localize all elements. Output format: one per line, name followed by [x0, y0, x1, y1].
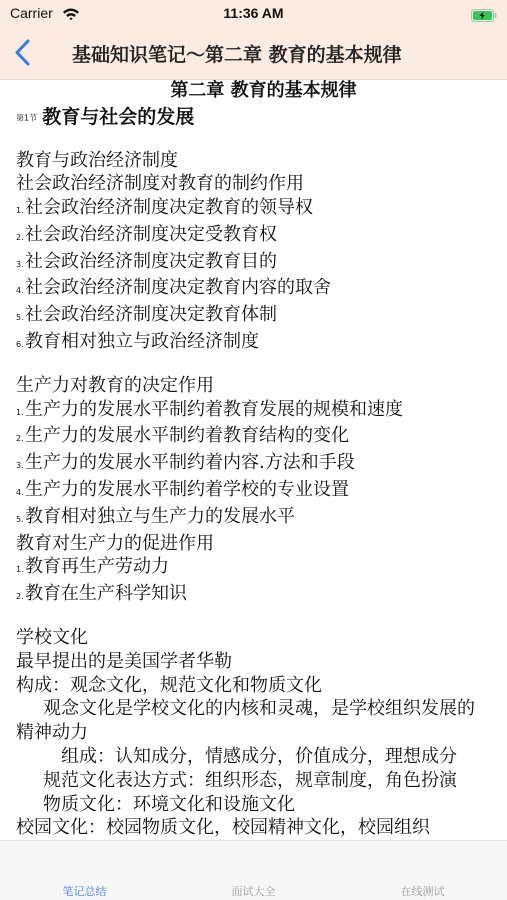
- tab-notes-summary[interactable]: 笔记总结: [0, 883, 169, 899]
- chevron-left-icon: [12, 38, 36, 68]
- tab-online-test[interactable]: 在线测试: [338, 883, 507, 899]
- back-button[interactable]: [12, 38, 36, 68]
- tab-interview[interactable]: 面试大全: [169, 883, 338, 899]
- section-heading: 第1节 教育与社会的发展: [16, 104, 491, 132]
- notes-content[interactable]: 第二章 教育的基本规律 第1节 教育与社会的发展 教育与政治经济制度 社会政治经…: [0, 80, 507, 840]
- paragraph: 物质文化：环境文化和设施文化: [16, 793, 491, 817]
- heading-school-culture: 学校文化: [16, 626, 491, 650]
- status-bar: Carrier 11:36 AM: [0, 0, 507, 28]
- paragraph: 组成：认知成分，情感成分，价值成分，理想成分: [16, 745, 491, 769]
- heading-politics: 教育与政治经济制度: [16, 149, 491, 173]
- subheading-politics: 社会政治经济制度对教育的制约作用: [16, 172, 491, 196]
- section-title: 教育与社会的发展: [42, 106, 194, 128]
- list-item: 1.生产力的发展水平制约着教育发展的规模和速度: [16, 398, 491, 425]
- section-prefix: 第1节: [16, 114, 37, 123]
- page-title: 基础知识笔记～第二章 教育的基本规律: [72, 40, 402, 67]
- heading-productivity: 生产力对教育的决定作用: [16, 374, 491, 398]
- navigation-bar: 基础知识笔记～第二章 教育的基本规律: [0, 28, 507, 80]
- list-item: 5.社会政治经济制度决定教育体制: [16, 303, 491, 330]
- list-item: 4.生产力的发展水平制约着学校的专业设置: [16, 478, 491, 505]
- list-item: 6.教育相对独立与政治经济制度: [16, 330, 491, 357]
- list-item: 4.社会政治经济制度决定教育内容的取舍: [16, 276, 491, 303]
- paragraph: 最早提出的是美国学者华勒: [16, 650, 491, 674]
- paragraph: 校园文化：校园物质文化，校园精神文化，校园组织: [16, 816, 491, 840]
- clock: 11:36 AM: [0, 5, 507, 21]
- paragraph: 构成：观念文化，规范文化和物质文化: [16, 674, 491, 698]
- list-item: 2.社会政治经济制度决定受教育权: [16, 223, 491, 250]
- chapter-title: 第二章 教育的基本规律: [16, 80, 491, 102]
- paragraph: 观念文化是学校文化的内核和灵魂，是学校组织发展的精神动力: [16, 697, 491, 745]
- list-item: 5.教育相对独立与生产力的发展水平: [16, 505, 491, 532]
- heading-promotion: 教育对生产力的促进作用: [16, 532, 491, 556]
- list-item: 1.教育再生产劳动力: [16, 555, 491, 582]
- tab-bar: 笔记总结 面试大全 在线测试: [0, 840, 507, 900]
- list-item: 1.社会政治经济制度决定教育的领导权: [16, 196, 491, 223]
- paragraph: 规范文化表达方式：组织形态，规章制度，角色扮演: [16, 769, 491, 793]
- list-item: 2.教育在生产科学知识: [16, 582, 491, 609]
- list-item: 3.社会政治经济制度决定教育目的: [16, 250, 491, 277]
- battery-charging-icon: [471, 7, 497, 20]
- list-item: 2.生产力的发展水平制约着教育结构的变化: [16, 424, 491, 451]
- list-item: 3.生产力的发展水平制约着内容.方法和手段: [16, 451, 491, 478]
